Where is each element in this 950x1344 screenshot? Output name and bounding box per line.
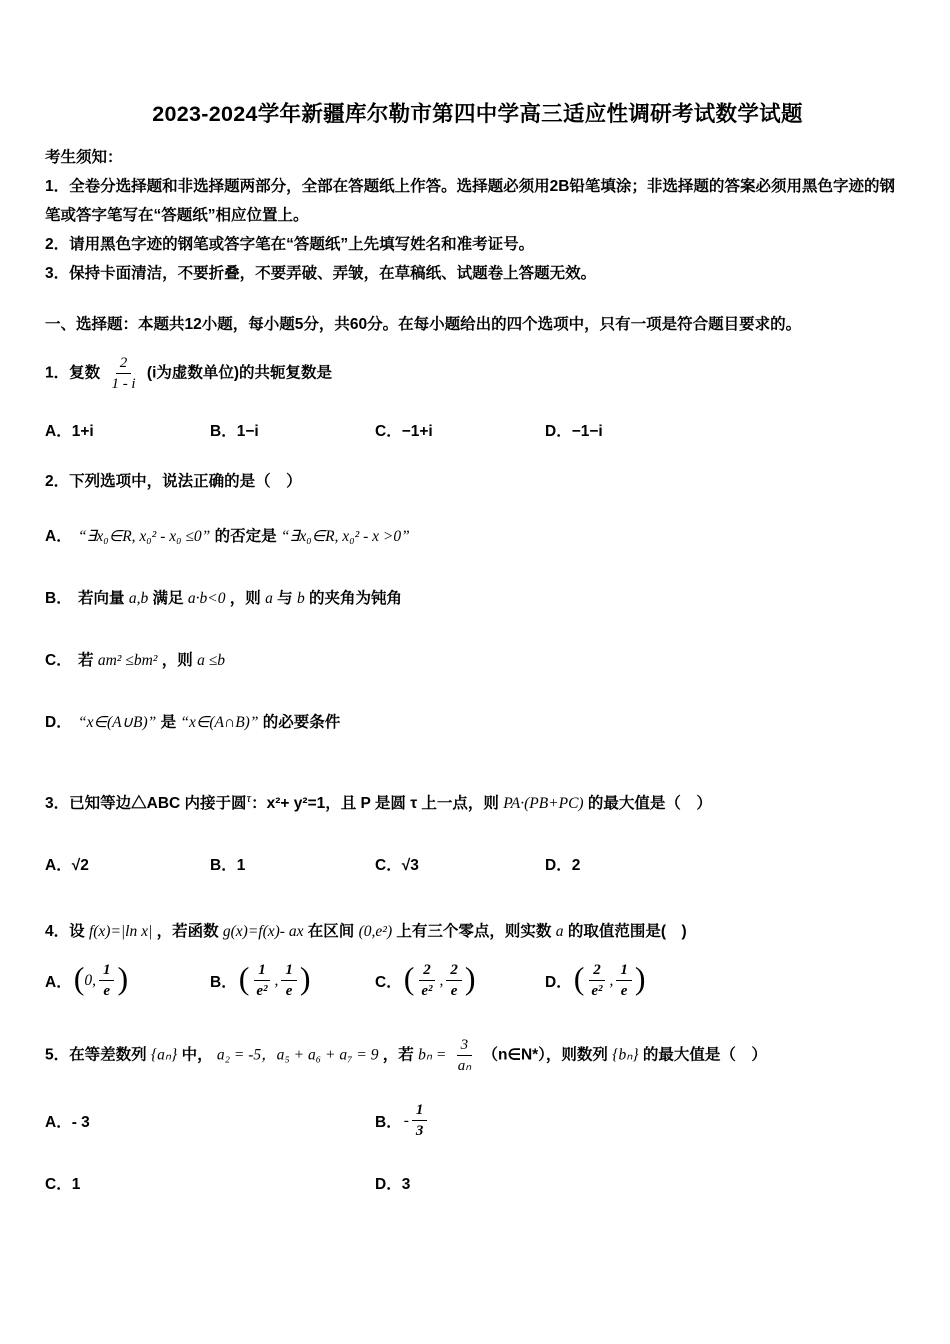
q5-option-d: D．3 (375, 1172, 410, 1194)
q1-fraction: 21 - i (107, 354, 139, 393)
q2-option-b-text-1: 若向量 (78, 590, 125, 607)
q5-bn-fraction: 3aₙ (454, 1036, 475, 1075)
q5-option-b: B． - 13 (375, 1101, 430, 1140)
q2-option-b-label: B． (45, 590, 72, 607)
q4-option-c-separator: , (440, 972, 444, 990)
q3-stem-mid: ：x²+ y²=1，且 P 是圆 τ 上一点，则 (251, 795, 499, 812)
q1-option-d: D．−1−i (545, 419, 603, 441)
q2-option-b-text-5: 的夹角为钝角 (309, 590, 402, 607)
q1-stem-post: (i为虚数单位)的共轭复数是 (147, 365, 332, 382)
q5-option-a: A．- 3 (45, 1110, 375, 1132)
q5-option-b-sign: - (404, 1112, 409, 1130)
q4-option-c-fraction-1: 2e² (417, 961, 436, 1000)
q2-option-d-math-2: “x∈(A∩B)” (180, 714, 258, 731)
q4-stem-text-4: 上有三个零点，则实数 (396, 923, 551, 940)
question-5-stem: 5．在等差数列 {aₙ} 中， a₂ = -5，a₅ + a₆ + a₇ = 9… (45, 1036, 910, 1075)
q3-stem-pre: 3．已知等边△ABC 内接于圆 (45, 795, 247, 812)
question-5-options-row-1: A．- 3 B． - 13 (45, 1101, 910, 1140)
q4-option-a-fraction: 1e (99, 961, 115, 1000)
q4-option-d: D． ( 2e² , 1e ) (545, 961, 646, 1000)
q5-sequence-an: {aₙ} (151, 1047, 177, 1064)
q4-option-c-label: C． (375, 970, 402, 992)
q4-stem-text-2: ，若函数 (157, 923, 219, 940)
q4-option-c: C． ( 2e² , 2e ) (375, 961, 545, 1000)
q5-stem-text-3: ，若 (383, 1047, 414, 1064)
notice-item-3: 3．保持卡面清洁，不要折叠，不要弄破、弄皱，在草稿纸、试题卷上答题无效。 (45, 259, 910, 288)
q2-option-d-math-1: “x∈(A∪B)” (78, 714, 156, 731)
q1-fraction-numerator: 2 (116, 354, 132, 374)
notice-item-1: 1．全卷分选择题和非选择题两部分，全部在答题纸上作答。选择题必须用2B铅笔填涂；… (45, 172, 910, 230)
q4-stem-text-1: 4．设 (45, 923, 85, 940)
q2-option-b-text-2: 满足 (153, 590, 184, 607)
question-1-options: A．1+i B．1−i C．−1+i D．−1−i (45, 419, 910, 441)
q1-option-c: C．−1+i (375, 419, 545, 441)
q5-stem-text-1: 5．在等差数列 (45, 1047, 147, 1064)
q4-stem-text-3: 在区间 (308, 923, 355, 940)
q4-option-c-open-paren: ( (404, 964, 415, 993)
q2-option-d-label: D． (45, 714, 72, 731)
q5-stem-text-4: （n∈N*），则数列 (482, 1047, 607, 1064)
q1-option-a: A．1+i (45, 419, 210, 441)
q3-option-d: D．2 (545, 853, 580, 875)
q2-option-c-text-2: ，则 (162, 652, 193, 669)
q4-option-d-fraction-2: 1e (616, 961, 632, 1000)
q2-option-c-text-1: 若 (78, 652, 94, 669)
q4-option-b-fraction-1: 1e² (252, 961, 271, 1000)
q4-option-b: B． ( 1e² , 1e ) (210, 961, 375, 1000)
question-4: 4．设 f(x)=|ln x| ，若函数 g(x)=f(x)- ax 在区间 (… (45, 917, 910, 1000)
q4-option-b-close-paren: ) (300, 964, 311, 993)
q5-sequence-bn: {bₙ} (612, 1047, 638, 1064)
q2-option-c-math-1: am² ≤bm² (98, 652, 158, 669)
q4-function-g: g(x)=f(x)- ax (223, 923, 304, 940)
question-5-options-row-2: C．1 D．3 (45, 1172, 910, 1194)
question-4-stem: 4．设 f(x)=|ln x| ，若函数 g(x)=f(x)- ax 在区间 (… (45, 917, 910, 947)
q4-function-f: f(x)=|ln x| (89, 923, 152, 940)
q2-option-d-text-2: 的必要条件 (263, 714, 341, 731)
q4-option-c-close-paren: ) (465, 964, 476, 993)
q1-fraction-denominator: 1 - i (107, 374, 139, 393)
q5-stem-text-2: 中， (182, 1047, 213, 1064)
question-4-options: A． ( 0, 1e ) B． ( 1e² , 1e ) C． ( 2e² , … (45, 961, 910, 1000)
question-2-stem: 2．下列选项中，说法正确的是（ ） (45, 467, 910, 497)
q2-option-a-label: A． (45, 528, 72, 545)
notice-label: 考生须知： (45, 143, 910, 172)
q2-option-a-math-1: “∃x₀∈R, x₀² - x₀ ≤0” (78, 528, 210, 545)
q4-option-d-fraction-1: 2e² (587, 961, 606, 1000)
section-header: 一、选择题：本题共12小题，每小题5分，共60分。在每小题给出的四个选项中，只有… (45, 311, 910, 338)
q2-option-c-math-2: a ≤b (197, 652, 225, 669)
q1-stem-pre: 1．复数 (45, 365, 100, 382)
q2-option-c: C． 若 am² ≤bm² ，则 a ≤b (45, 645, 910, 677)
q4-option-c-fraction-2: 2e (446, 961, 462, 1000)
q2-option-d: D． “x∈(A∪B)” 是 “x∈(A∩B)” 的必要条件 (45, 707, 910, 739)
question-3-stem: 3．已知等边△ABC 内接于圆τ：x²+ y²=1，且 P 是圆 τ 上一点，则… (45, 783, 910, 819)
q2-option-b: B． 若向量 a,b 满足 a·b<0 ，则 a 与 b 的夹角为钝角 (45, 583, 910, 615)
question-5: 5．在等差数列 {aₙ} 中， a₂ = -5，a₅ + a₆ + a₇ = 9… (45, 1036, 910, 1194)
q4-option-a-label: A． (45, 970, 72, 992)
page-title: 2023-2024学年新疆库尔勒市第四中学高三适应性调研考试数学试题 (45, 100, 910, 128)
q4-option-a-first-value: 0, (84, 972, 96, 990)
q3-option-c: C．√3 (375, 853, 545, 875)
q2-option-d-text-1: 是 (161, 714, 177, 731)
q2-option-b-math-3: a (265, 590, 273, 607)
q4-variable-a: a (556, 923, 564, 940)
question-2: 2．下列选项中，说法正确的是（ ） A． “∃x₀∈R, x₀² - x₀ ≤0… (45, 467, 910, 739)
q2-option-c-label: C． (45, 652, 72, 669)
notice-item-2: 2．请用黑色字迹的钢笔或答字笔在“答题纸”上先填写姓名和准考证号。 (45, 230, 910, 259)
q5-bn-equals: bₙ = (418, 1047, 446, 1064)
q2-option-b-math-2: a·b<0 (188, 590, 226, 607)
q4-option-a: A． ( 0, 1e ) (45, 961, 210, 1000)
exam-page: 2023-2024学年新疆库尔勒市第四中学高三适应性调研考试数学试题 考生须知：… (0, 0, 950, 1344)
q5-sequence-conditions: a₂ = -5，a₅ + a₆ + a₇ = 9 (217, 1047, 379, 1064)
q5-option-b-fraction: 13 (412, 1101, 428, 1140)
notice-section: 考生须知： 1．全卷分选择题和非选择题两部分，全部在答题纸上作答。选择题必须用2… (45, 143, 910, 288)
q2-option-a-math-2: “∃x₀∈R, x₀² - x >0” (281, 528, 410, 545)
q4-option-a-close-paren: ) (117, 964, 128, 993)
q4-option-b-open-paren: ( (239, 964, 250, 993)
q2-option-b-text-3: ，则 (230, 590, 261, 607)
q3-stem-post: 的最大值是（ ） (588, 795, 712, 812)
q4-option-b-fraction-2: 1e (281, 961, 297, 1000)
q2-option-b-text-4: 与 (277, 590, 293, 607)
q4-option-b-label: B． (210, 970, 237, 992)
q5-stem-text-5: 的最大值是（ ） (643, 1047, 767, 1064)
q4-option-a-open-paren: ( (74, 964, 85, 993)
q4-stem-text-5: 的取值范围是( ) (568, 923, 687, 940)
q4-interval: (0,e²) (359, 923, 392, 940)
question-3: 3．已知等边△ABC 内接于圆τ：x²+ y²=1，且 P 是圆 τ 上一点，则… (45, 783, 910, 875)
question-1: 1．复数 21 - i (i为虚数单位)的共轭复数是 A．1+i B．1−i C… (45, 354, 910, 441)
q2-option-b-math-1: a,b (129, 590, 148, 607)
q5-option-b-label: B． (375, 1110, 402, 1132)
q5-option-c: C．1 (45, 1172, 375, 1194)
q4-option-b-separator: , (275, 972, 279, 990)
q4-option-d-open-paren: ( (574, 964, 585, 993)
question-3-options: A．√2 B．1 C．√3 D．2 (45, 853, 910, 875)
question-1-stem: 1．复数 21 - i (i为虚数单位)的共轭复数是 (45, 354, 910, 393)
q4-option-d-label: D． (545, 970, 572, 992)
q3-option-b: B．1 (210, 853, 375, 875)
q2-option-b-math-4: b (297, 590, 305, 607)
q2-option-a: A． “∃x₀∈R, x₀² - x₀ ≤0” 的否定是 “∃x₀∈R, x₀²… (45, 521, 910, 553)
q4-option-d-close-paren: ) (635, 964, 646, 993)
q2-option-a-text: 的否定是 (215, 528, 277, 545)
q3-option-a: A．√2 (45, 853, 210, 875)
q1-option-b: B．1−i (210, 419, 375, 441)
q4-option-d-separator: , (610, 972, 614, 990)
q3-vector-expression: PA·(PB+PC) (503, 795, 583, 812)
